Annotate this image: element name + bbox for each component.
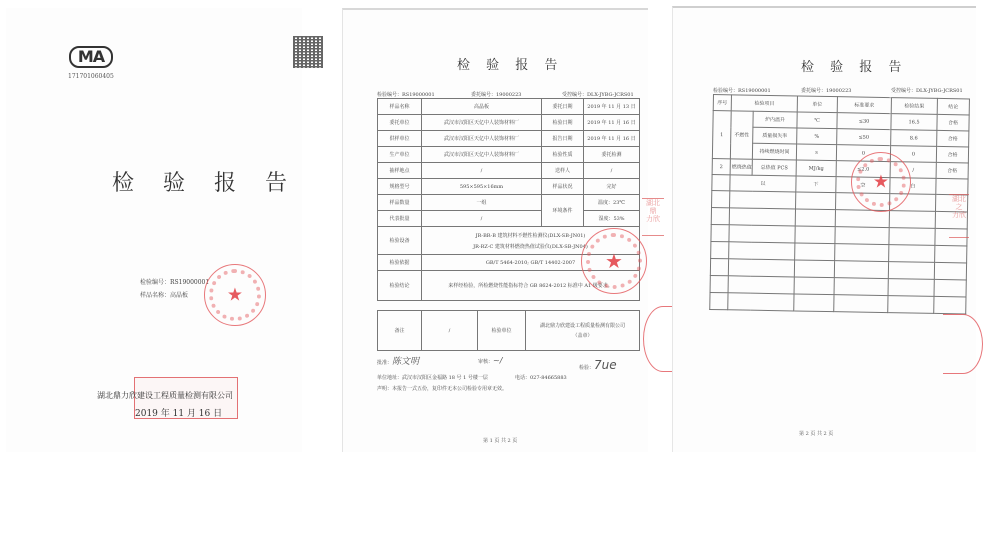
empty-cell xyxy=(794,277,834,295)
star-icon: ★ xyxy=(605,249,623,273)
equipment-label: 检验设备 xyxy=(378,227,422,255)
page2-results-table: 序号 检验项目 单位 标准要求 检验结果 结论 1不燃性炉内温升℃≤3016.5… xyxy=(709,94,970,314)
empty-cell xyxy=(712,190,730,207)
cma-logo: MA xyxy=(69,46,113,68)
empty-cell xyxy=(729,242,795,260)
info-label: 抽样地点 xyxy=(378,163,422,179)
inspect-unit-value: 湖北鼎力欣建设工程质量检测有限公司 （盖章） xyxy=(526,311,640,351)
row-requirement: ≤30 xyxy=(837,113,891,130)
info-row: 样品名称高晶板委托日期2019 年 11 月 13 日 xyxy=(378,99,640,115)
info-value: / xyxy=(422,163,542,179)
empty-cell xyxy=(889,245,935,263)
empty-cell xyxy=(728,259,794,277)
blank-cell xyxy=(936,178,968,195)
info-label-2: 送样人 xyxy=(542,163,584,179)
remark-value: / xyxy=(422,311,478,351)
info-value-2: / xyxy=(584,163,640,179)
sample-label: 样品名称： xyxy=(140,292,170,299)
info-value: 武汉市汉阳区天亿中人装饰材料厂 xyxy=(422,131,542,147)
empty-cell xyxy=(730,191,796,209)
address: 单位地址：武汉市汉阳区金福路 18 号 1 号楼一层 xyxy=(377,374,488,381)
side-stamp: 湖北之力欣 xyxy=(949,194,969,238)
report-no-value: RS19000001 xyxy=(170,279,209,286)
row-category: 燃烧热值 xyxy=(730,159,752,175)
empty-cell xyxy=(795,209,835,227)
inspect-unit-name: 湖北鼎力欣建设工程质量检测有限公司 xyxy=(527,322,638,329)
info-row: 代表批量/湿度：53% xyxy=(378,211,640,227)
page1-report-no: 检验编号：RS19000001 xyxy=(377,91,435,98)
cover-company: 湖北鼎力欣建设工程质量检测有限公司 xyxy=(97,390,233,401)
row-item: 炉内温升 xyxy=(753,111,797,128)
basis-label: 检验依据 xyxy=(378,255,422,271)
row-unit: MJ/kg xyxy=(796,160,836,177)
tester-label: 检验： xyxy=(579,365,594,371)
empty-cell xyxy=(796,192,836,210)
approve-field: 批准：陈文明 xyxy=(377,354,419,367)
statement: 声明：本报告一式五份，复印件无本公司检验专用章无效。 xyxy=(377,385,507,392)
partial-seal xyxy=(943,314,983,374)
page1-title: 检 验 报 告 xyxy=(457,54,563,73)
empty-cell xyxy=(934,296,966,314)
empty-cell xyxy=(888,279,934,297)
empty-cell xyxy=(834,278,888,296)
star-icon: ★ xyxy=(873,172,889,193)
client-round-seal: ★ xyxy=(204,264,266,326)
page1-entrust-no: 委托编号：19000223 xyxy=(471,91,521,98)
page2-report-no: 检验编号：RS19000001 xyxy=(713,87,771,94)
info-value-2: 完好 xyxy=(584,179,640,195)
report-page-1: 检 验 报 告 检验编号：RS19000001 委托编号：19000223 受控… xyxy=(342,8,648,452)
page1-page-number: 第 1 页 共 2 页 xyxy=(483,437,517,444)
empty-cell xyxy=(710,258,728,275)
empty-cell xyxy=(834,261,888,279)
info-value-2: 2019 年 11 月 16 日 xyxy=(584,115,640,131)
info-row: 样品数量一组环境条件温度：23℃ xyxy=(378,195,640,211)
cover-report-no: 检验编号：RS19000001 xyxy=(140,277,209,286)
header-requirement: 标准要求 xyxy=(837,97,891,114)
empty-cell xyxy=(835,227,889,245)
empty-cell xyxy=(729,208,795,226)
header-item: 检验项目 xyxy=(731,95,797,112)
phone: 电话：027-84665883 xyxy=(515,374,567,381)
info-label: 代表批量 xyxy=(378,211,422,227)
empty-cell xyxy=(728,293,794,311)
report-page-2: 检 验 报 告 检验编号：RS19000001 委托编号：19000223 受控… xyxy=(672,6,976,452)
row-item: 总热值 PCS xyxy=(752,159,796,176)
remark-label: 备注 xyxy=(378,311,422,351)
tester-signature: 7ue xyxy=(594,358,617,372)
empty-cell xyxy=(728,276,794,294)
page1-remark-table: 备注 / 检验单位 湖北鼎力欣建设工程质量检测有限公司 （盖章） xyxy=(377,310,640,351)
client-round-seal: ★ xyxy=(581,228,647,294)
empty-cell xyxy=(711,241,729,258)
empty-cell xyxy=(889,211,935,229)
page2-page-number: 第 2 页 共 2 页 xyxy=(799,430,833,437)
report-no-label: 检验编号： xyxy=(140,279,170,286)
cover-sample-name: 样品名称：高晶板 xyxy=(140,290,188,299)
info-label-2: 样品状况 xyxy=(542,179,584,195)
star-icon: ★ xyxy=(227,285,243,306)
cover-page: MA 171701060405 检 验 报 告 检验编号：RS19000001 … xyxy=(6,8,302,452)
info-value-2: 2019 年 11 月 16 日 xyxy=(584,131,640,147)
header-verdict: 结论 xyxy=(937,98,969,115)
info-row: 供样单位武汉市汉阳区天亿中人装饰材料厂报告日期2019 年 11 月 16 日 xyxy=(378,131,640,147)
info-row: 规格型号595×595×16mm样品状况完好 xyxy=(378,179,640,195)
info-row: 抽样地点/送样人/ xyxy=(378,163,640,179)
info-label-2: 报告日期 xyxy=(542,131,584,147)
info-label: 生产单位 xyxy=(378,147,422,163)
empty-cell xyxy=(935,245,967,263)
header-no: 序号 xyxy=(713,95,731,111)
info-label: 供样单位 xyxy=(378,131,422,147)
inspect-unit-label: 检验单位 xyxy=(478,311,526,351)
header-result: 检验结果 xyxy=(891,98,937,115)
page1-accept-no: 受控编号：DLX-JYBG-JCRS01 xyxy=(562,91,634,98)
empty-cell xyxy=(794,294,834,312)
info-label-2: 环境条件 xyxy=(542,195,584,227)
empty-cell xyxy=(729,225,795,243)
empty-cell xyxy=(794,260,834,278)
info-value: / xyxy=(422,211,542,227)
row-category: 不燃性 xyxy=(730,111,753,159)
client-round-seal: ★ xyxy=(851,152,911,212)
row-no: 1 xyxy=(712,111,731,159)
empty-cell xyxy=(888,296,934,314)
row-result: 8.6 xyxy=(891,130,937,147)
empty-cell xyxy=(834,295,888,313)
conclusion-label: 检验结论 xyxy=(378,271,422,301)
empty-cell xyxy=(934,279,966,297)
row-unit: ℃ xyxy=(797,112,837,129)
empty-cell xyxy=(795,243,835,261)
info-value-2: 湿度：53% xyxy=(584,211,640,227)
remark-row: 备注 / 检验单位 湖北鼎力欣建设工程质量检测有限公司 （盖章） xyxy=(378,311,640,351)
tester-field: 检验：7ue xyxy=(579,358,617,372)
empty-cell xyxy=(795,226,835,244)
sample-value: 高晶板 xyxy=(170,292,188,299)
row-verdict: 合格 xyxy=(937,114,969,131)
row-item: 质量损失率 xyxy=(753,127,797,144)
info-row: 委托单位武汉市汉阳区天亿中人装饰材料厂检验日期2019 年 11 月 16 日 xyxy=(378,115,640,131)
info-value: 武汉市汉阳区天亿中人装饰材料厂 xyxy=(422,147,542,163)
row-verdict: 合格 xyxy=(936,146,968,163)
row-result: 16.5 xyxy=(891,114,937,131)
info-label: 规格型号 xyxy=(378,179,422,195)
page2-accept-no: 受控编号：DLX-JYBG-JCRS01 xyxy=(891,87,963,94)
empty-cell xyxy=(888,262,934,280)
page2-title: 检 验 报 告 xyxy=(801,56,907,75)
qr-code-icon xyxy=(293,36,323,68)
approve-signature: 陈文明 xyxy=(392,357,419,367)
info-value: 一组 xyxy=(422,195,542,211)
info-value-2: 温度：23℃ xyxy=(584,195,640,211)
empty-cell xyxy=(835,210,889,228)
row-unit: s xyxy=(796,144,836,161)
info-label: 委托单位 xyxy=(378,115,422,131)
empty-cell xyxy=(711,207,729,224)
cover-date: 2019 年 11 月 16 日 xyxy=(135,406,222,419)
row-verdict: 合格 xyxy=(937,130,969,147)
row-no: 2 xyxy=(712,158,730,174)
empty-row xyxy=(710,292,966,313)
empty-cell xyxy=(934,262,966,280)
info-label-2: 检验性质 xyxy=(542,147,584,163)
review-signature: ~/ xyxy=(493,356,502,365)
info-row: 生产单位武汉市汉阳区天亿中人装饰材料厂检验性质委托检测 xyxy=(378,147,640,163)
blank-marker-2: 下 xyxy=(796,176,836,193)
review-field: 审核：~/ xyxy=(478,356,502,365)
info-label-2: 检验日期 xyxy=(542,115,584,131)
empty-cell xyxy=(711,224,729,241)
row-requirement: ≤50 xyxy=(837,129,891,146)
info-label: 样品数量 xyxy=(378,195,422,211)
cma-number: 171701060405 xyxy=(68,73,114,80)
review-label: 审核： xyxy=(478,359,493,365)
empty-cell xyxy=(710,275,728,292)
page2-entrust-no: 委托编号：19000223 xyxy=(801,87,851,94)
side-stamp: 湖北鼎力欣 xyxy=(642,198,664,236)
info-value-2: 委托检测 xyxy=(584,147,640,163)
info-label-2: 委托日期 xyxy=(542,99,584,115)
info-value: 高晶板 xyxy=(422,99,542,115)
header-unit: 单位 xyxy=(797,96,837,113)
row-item: 持续燃烧时间 xyxy=(752,143,796,160)
empty-cell xyxy=(710,292,728,309)
info-value: 武汉市汉阳区天亿中人装饰材料厂 xyxy=(422,115,542,131)
info-label: 样品名称 xyxy=(378,99,422,115)
empty-cell xyxy=(889,228,935,246)
blank-cell xyxy=(712,174,730,190)
info-value: 595×595×16mm xyxy=(422,179,542,195)
approve-label: 批准： xyxy=(377,360,392,366)
row-unit: % xyxy=(797,128,837,145)
blank-marker-1: 以 xyxy=(730,175,796,192)
info-value-2: 2019 年 11 月 13 日 xyxy=(584,99,640,115)
cover-title: 检 验 报 告 xyxy=(112,166,298,197)
empty-cell xyxy=(835,244,889,262)
row-verdict: 合格 xyxy=(936,162,968,179)
inspect-unit-seal-note: （盖章） xyxy=(527,332,638,339)
